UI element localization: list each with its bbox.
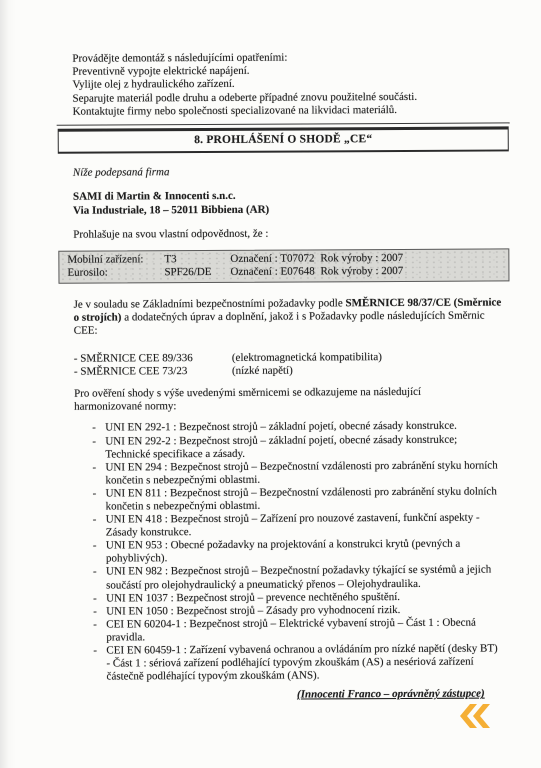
company-block: SAMI di Martin & Innocenti s.n.c. Via In… <box>73 189 541 218</box>
compliance-paragraph: Je v souladu se Základními bezpečnostním… <box>74 296 508 338</box>
instruction-line: Kontaktujte firmy nebo společnosti speci… <box>73 103 541 119</box>
equipment-model: T3 <box>164 253 230 266</box>
document-content: Provádějte demontáž s následujícími opat… <box>0 0 541 704</box>
standard-item: UNI EN 292-2 : Bezpečnost strojů – zákla… <box>90 433 502 461</box>
chevron-left-icon <box>473 704 490 728</box>
equipment-table: Mobilní zařízení: T3 Označení : T07072 R… <box>58 248 509 283</box>
standard-item: UNI EN 811 : Bezpečnost strojů – Bezpečn… <box>91 485 503 513</box>
standard-item: UNI EN 953 : Obecné požadavky na projekt… <box>91 538 503 566</box>
equipment-label: Eurosilo: <box>67 266 164 280</box>
equipment-label: Mobilní zařízení: <box>67 253 164 267</box>
equipment-model: SPF26/DE <box>164 266 230 279</box>
directive-row: - SMĚRNICE CEE 73/23 (nízké napětí) <box>74 363 541 379</box>
section-title: 8. PROHLÁŠENÍ O SHODĚ „CE“ <box>194 133 372 146</box>
directive-description: (nízké napětí) <box>232 364 293 378</box>
directive-description: (elektromagnetická kompatibilita) <box>232 351 382 365</box>
declaration-line: Prohlašuje na svou vlastní odpovědnost, … <box>73 226 541 242</box>
standard-item: UNI EN 294 : Bezpečnost strojů – Bezpečn… <box>90 459 502 487</box>
double-chevron-left-logo <box>454 702 494 732</box>
equipment-year: Rok výroby : 2007 <box>320 251 508 265</box>
directive-code: - SMĚRNICE CEE 89/336 <box>74 352 232 366</box>
equipment-designation: Označení : T07072 <box>230 252 320 265</box>
section-title-box: 8. PROHLÁŠENÍ O SHODĚ „CE“ <box>58 126 509 154</box>
equipment-table-row: Eurosilo: SPF26/DE Označení : E07648 Rok… <box>59 264 508 279</box>
standard-item: CEI EN 60204-1 : Bezpečnost strojů – Ele… <box>91 616 503 644</box>
compliance-text: Je v souladu se Základními bezpečnostním… <box>74 297 346 310</box>
directives-list: - SMĚRNICE CEE 89/336 (elektromagnetická… <box>74 350 541 379</box>
equipment-designation: Označení : E07648 <box>230 265 320 278</box>
directive-code: - SMĚRNICE CEE 73/23 <box>74 365 232 379</box>
compliance-text: a dodatečných úprav a doplnění, jakož i … <box>74 310 485 337</box>
dismantling-instructions: Provádějte demontáž s následujícími opat… <box>72 50 541 118</box>
standard-item: UNI EN 418 : Bezpečnost strojů – Zařízen… <box>91 512 503 540</box>
company-address: Via Industriale, 18 – 52011 Bibbiena (AR… <box>73 202 541 218</box>
subscriber-line: Níže podepsaná firma <box>73 164 541 180</box>
equipment-year: Rok výroby : 2007 <box>320 264 508 278</box>
standard-item: UNI EN 982 : Bezpečnost strojů – Bezpečn… <box>91 564 503 592</box>
standards-intro: Pro ověření shody s výše uvedenými směrn… <box>74 386 474 415</box>
signature-text: (Innocenti Franco – oprávněný zástupce) <box>297 688 485 701</box>
standards-list: UNI EN 292-1 : Bezpečnost strojů – zákla… <box>90 420 503 684</box>
standard-item: CEI EN 60459-1 : Zařízení vybavená ochra… <box>91 643 503 684</box>
scanned-document-page: Provádějte demontáž s následujícími opat… <box>0 0 541 768</box>
